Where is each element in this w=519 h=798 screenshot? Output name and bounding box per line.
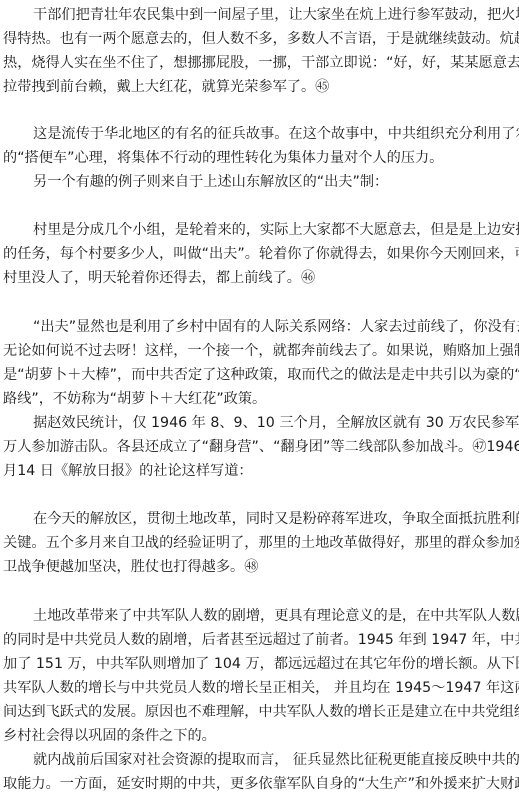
text-line: 就内战前后国家对社会资源的提取而言， 征兵显然比征税更能直接反映中共的提 xyxy=(33,748,506,772)
text-line: 拉带拽到前台赖，戴上大红花，就算光荣参军了。㊺ xyxy=(3,75,506,99)
text-line: 是“胡萝卜＋大棒”，而中共否定了这种政策，取而代之的做法是走中共引以为豪的“群众 xyxy=(3,363,506,387)
text-line: 得特热。也有一两个愿意去的，但人数不多，多数人不言语，于是就继续鼓动。炕越来越 xyxy=(3,27,506,51)
text-line: 卫战争便越加坚决，胜仗也打得越多。㊽ xyxy=(3,555,506,579)
text-line: 的同时是中共党员人数的剧增，后者甚至远超过了前者。1945 年到 1947 年，… xyxy=(3,628,506,652)
text-line: 土地改革带来了中共军队人数的剧增，更具有理论意义的是，在中共军队人数剧增 xyxy=(33,604,506,628)
text-line: 在今天的解放区，贯彻土地改革，同时又是粉碎蒋军进攻，争取全面抵抗胜利的根本 xyxy=(33,507,506,531)
text-line: 这是流传于华北地区的有名的征兵故事。在这个故事中，中共组织充分利用了农民 xyxy=(33,122,506,146)
text-line: 万人参加游击队。各县还成立了“翻身营”、“翻身团”等二线部队参加战斗。㊼1946… xyxy=(3,435,506,459)
text-line: 的任务，每个村要多少人，叫做“出夫”。轮着你了你就得去，如果你今天刚回来，可是正… xyxy=(3,242,506,266)
text-line: 路线”，不妨称为“胡萝卜＋大红花”政策。 xyxy=(3,387,506,411)
text-line: “出夫”显然也是利用了乡村中固有的人际关系网络：人家去过前线了，你没有去过， xyxy=(33,315,506,339)
text-line: 加了 151 万，中共军队则增加了 104 万，都远远超过在其它年份的增长额。从… xyxy=(3,652,506,676)
text-line: 取能力。一方面，延安时期的中共，更多依靠军队自身的“大生产”和外援来扩大财政资 xyxy=(3,772,506,796)
text-line: 月14 日《解放日报》的社论这样写道： xyxy=(3,459,506,483)
text-line: 村里没人了，明天轮着你还得去，都上前线了。㊻ xyxy=(3,266,506,290)
text-line: 热，烧得人实在坐不住了，想挪挪屁股，一挪，干部立即说：“好，好，某某愿意去！”马… xyxy=(3,51,506,75)
text-line: 村里是分成几个小组，是轮着来的，实际上大家都不大愿意去，但是是上边安排下来 xyxy=(33,218,506,242)
text-line: 另一个有趣的例子则来自于上述山东解放区的“出夫”制： xyxy=(33,170,506,194)
text-line: 间达到飞跃式的发展。原因也不难理解，中共军队人数的增长正是建立在中共党组织在 xyxy=(3,700,506,724)
text-line: 的“搭便车”心理，将集体不行动的理性转化为集体力量对个人的压力。 xyxy=(3,146,506,170)
text-line: 干部们把青壮年农民集中到一间屋子里，让大家坐在炕上进行参军鼓动，把火坑烧 xyxy=(33,3,506,27)
text-line: 无论如何说不过去呀！这样，一个接一个，就都奔前线去了。如果说，贿赂加上强制的做法 xyxy=(3,339,506,363)
text-line: 据赵效民统计，仅 1946 年 8、9、10 三个月，全解放区就有 30 万农民… xyxy=(33,411,506,435)
text-line: 乡村社会得以巩固的条件之下的。 xyxy=(3,724,506,748)
text-line: 关键。五个多月来自卫战的经验证明了，那里的土地改革做得好，那里的群众参加爱国自 xyxy=(3,531,506,555)
text-line: 共军队人数的增长与中共党员人数的增长呈正相关， 并且均在 1945～1947 年… xyxy=(3,676,506,700)
